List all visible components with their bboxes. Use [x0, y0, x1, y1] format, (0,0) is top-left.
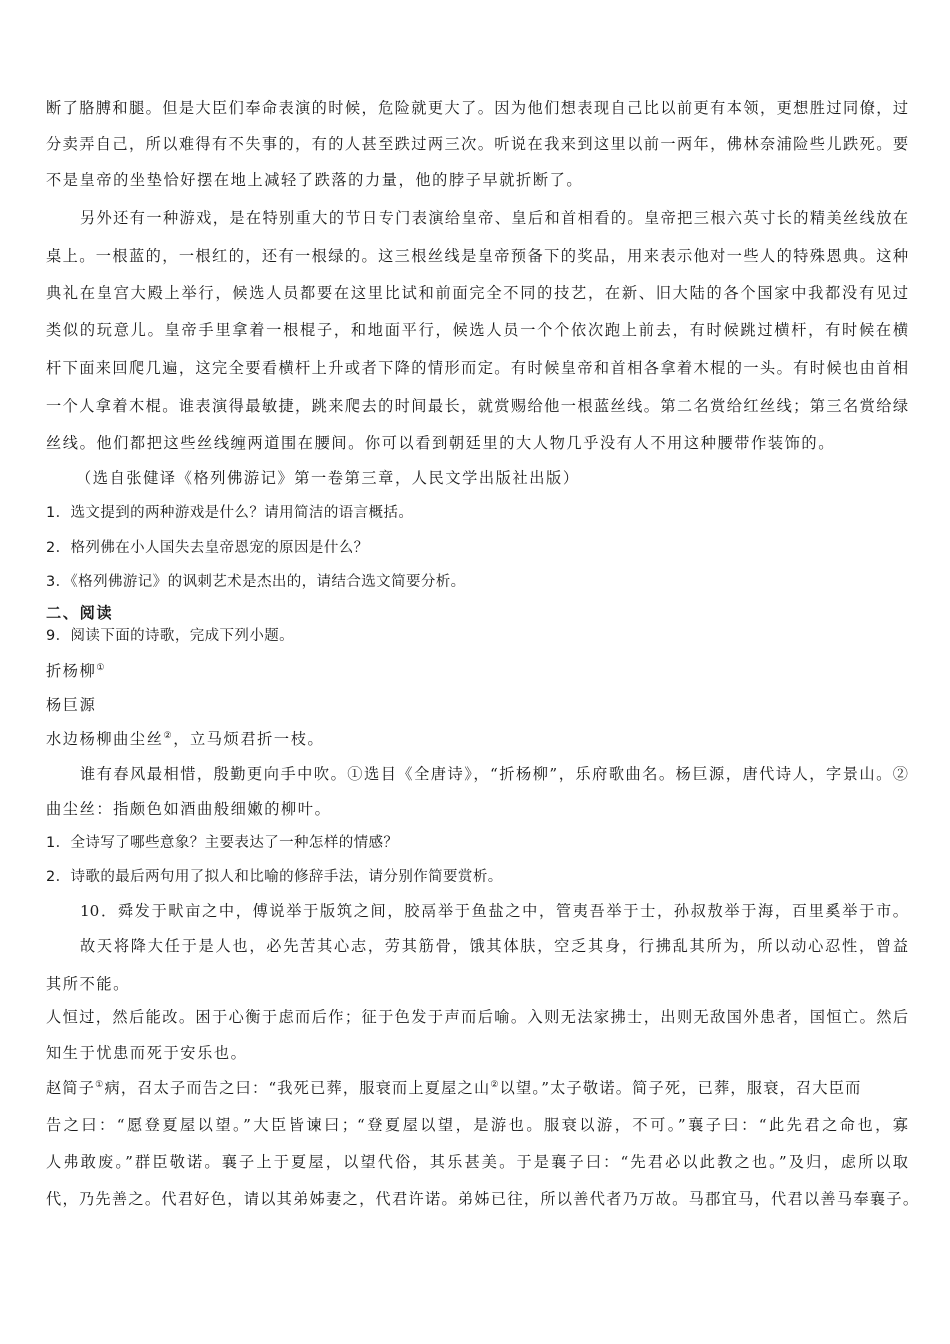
paragraph-line: 断了胳膊和腿。但是大臣们奉命表演的时候，危险就更大了。因为他们想表现自己比以前更…	[46, 98, 908, 118]
paragraph-line: 类似的玩意儿。皇帝手里拿着一根棍子，和地面平行，候选人员一个个依次跑上前去，有时…	[46, 320, 908, 340]
paragraph-line: 典礼在皇宫大殿上举行，候选人员都要在这里比试和前面完全不同的技艺，在新、旧大陆的…	[46, 283, 908, 303]
question-item: 1．全诗写了哪些意象？主要表达了一种怎样的情感？	[46, 833, 398, 853]
passage-text: 赵简子	[46, 1079, 95, 1097]
poem-text: 水边杨柳曲尘丝	[46, 730, 164, 748]
poem-author: 杨巨源	[46, 695, 96, 715]
paragraph-line: 一个人拿着木棍。谁表演得最敏捷，跳来爬去的时间最长，就赏赐给他一根蓝丝线。第二名…	[46, 396, 908, 416]
question-prompt: 9．阅读下面的诗歌，完成下列小题。	[46, 626, 294, 646]
passage-text: 病，召太子而告之曰：“我死已葬，服衰而上夏屋之山	[104, 1079, 490, 1097]
passage-line: 故天将降大任于是人也，必先苦其心志，劳其筋骨，饿其体肤，空乏其身，行拂乱其所为，…	[46, 936, 908, 956]
footnote-marker: ②	[164, 731, 174, 741]
passage-line: 代，乃先善之。代君好色，请以其弟姊妻之，代君许诺。弟姊已往，所以善代者乃万故。马…	[46, 1189, 918, 1209]
poem-line: 谁有春风最相惜，殷勤更向手中吹。①选目《全唐诗》，“折杨柳”，乐府歌曲名。杨巨源…	[46, 764, 908, 784]
passage-line: 人弗敢废。”群臣敬诺。襄子上于夏屋，以望代俗，其乐甚美。于是襄子曰：“先君必以此…	[46, 1152, 908, 1172]
source-citation: （选自张健译《格列佛游记》第一卷第三章，人民文学出版社出版）	[76, 468, 580, 488]
footnote-marker: ①	[96, 663, 106, 673]
paragraph-line: 不是皇帝的坐垫恰好摆在地上减轻了跌落的力量，他的脖子早就折断了。	[46, 170, 583, 190]
poem-title-text: 折杨柳	[46, 662, 96, 680]
paragraph-line: 另外还有一种游戏，是在特别重大的节日专门表演给皇帝、皇后和首相看的。皇帝把三根六…	[46, 208, 908, 228]
passage-line: 其所不能。	[46, 974, 130, 994]
passage-line: 赵简子①病，召太子而告之曰：“我死已葬，服衰而上夏屋之山②以望。”太子敬诺。简子…	[46, 1078, 908, 1098]
question-item: 2．格列佛在小人国失去皇帝恩宠的原因是什么？	[46, 538, 369, 558]
footnote-line: 曲尘丝：指颇色如酒曲般细嫩的柳叶。	[46, 799, 331, 819]
passage-line: 告之曰：“愿登夏屋以望。”大臣皆谏曰；“登夏屋以望，是游也。服衰以游，不可。”襄…	[46, 1115, 908, 1135]
question-item: 2．诗歌的最后两句用了拟人和比喻的修辞手法，请分别作简要赏析。	[46, 867, 503, 887]
passage-line: 知生于忧患而死于安乐也。	[46, 1043, 247, 1063]
passage-text: 以望。”太子敬诺。简子死，已葬，服衰，召大臣而	[500, 1079, 862, 1097]
paragraph-line: 丝线。他们都把这些丝线缠两道围在腰间。你可以看到朝廷里的大人物几乎没有人不用这种…	[46, 433, 835, 453]
paragraph-line: 分卖弄自己，所以难得有不失事的，有的人甚至跌过两三次。听说在我来到这里以前一两年…	[46, 134, 908, 154]
passage-line: 人恒过，然后能改。困于心衡于虑而后作；征于色发于声而后喻。入则无法家拂士，出则无…	[46, 1007, 908, 1027]
poem-text: ，立马烦君折一枝。	[173, 730, 324, 748]
poem-line: 水边杨柳曲尘丝②，立马烦君折一枝。	[46, 729, 324, 749]
question-item: 3．《格列佛游记》的讽刺艺术是杰出的，请结合选文简要分析。	[46, 572, 466, 592]
poem-title: 折杨柳①	[46, 661, 106, 681]
paragraph-line: 桌上。一根蓝的，一根红的，还有一根绿的。这三根丝线是皇帝预备下的奖品，用来表示他…	[46, 246, 908, 266]
question-item: 1．选文提到的两种游戏是什么？请用简洁的语言概括。	[46, 503, 413, 523]
footnote-marker: ②	[490, 1080, 499, 1090]
section-heading: 二、阅读	[46, 603, 113, 623]
passage-line: 10．舜发于畎亩之中，傅说举于版筑之间，胶鬲举于鱼盐之中，管夷吾举于士，孙叔敖举…	[46, 901, 908, 921]
paragraph-line: 杆下面来回爬几遍，这完全要看横杆上升或者下降的情形而定。有时候皇帝和首相各拿着木…	[46, 358, 908, 378]
